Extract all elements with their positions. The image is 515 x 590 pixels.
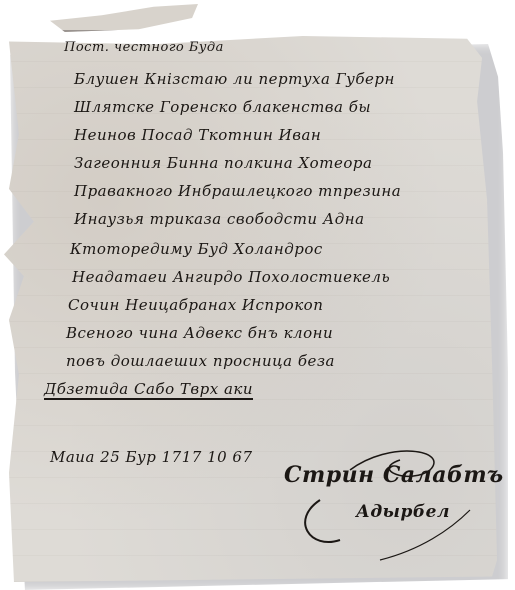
text-line: Инаузья триказа свободсти Адна	[74, 210, 365, 228]
document-heading: Пост. честного Буда	[64, 40, 224, 55]
text-line: Неинов Посад Ткотнин Иван	[74, 126, 321, 144]
manuscript-text: Пост. честного Буда Блушен Кнізстаю ли п…	[0, 0, 515, 590]
text-line: Блушен Кнізстаю ли пертуха Губерн	[74, 70, 395, 88]
signature-line-2: Адырбел	[356, 502, 450, 522]
date-line: Маиа 25 Бур 1717 10 67	[50, 448, 253, 466]
text-line: Всеного чина Адвекс бнъ клони	[66, 324, 333, 342]
text-line: Дбзетида Сабо Тврх аки	[44, 380, 253, 400]
text-line: Сочин Неицабранах Испрокоп	[68, 296, 323, 314]
text-line: Ктоторедиму Буд Холандрос	[70, 240, 323, 258]
text-line: Загеонния Бинна полкина Хотеора	[74, 154, 372, 172]
text-line: Неадатаеи Ангирдо Похолостиекель	[72, 268, 390, 286]
text-line: Правакного Инбрашлецкого тпрезина	[74, 182, 401, 200]
text-line: повъ дошлаеших просница беза	[66, 352, 335, 370]
text-line: Шлятске Горенско блакенства бы	[74, 98, 371, 116]
signature-line-1: Стрин Салабтъ	[284, 462, 504, 488]
